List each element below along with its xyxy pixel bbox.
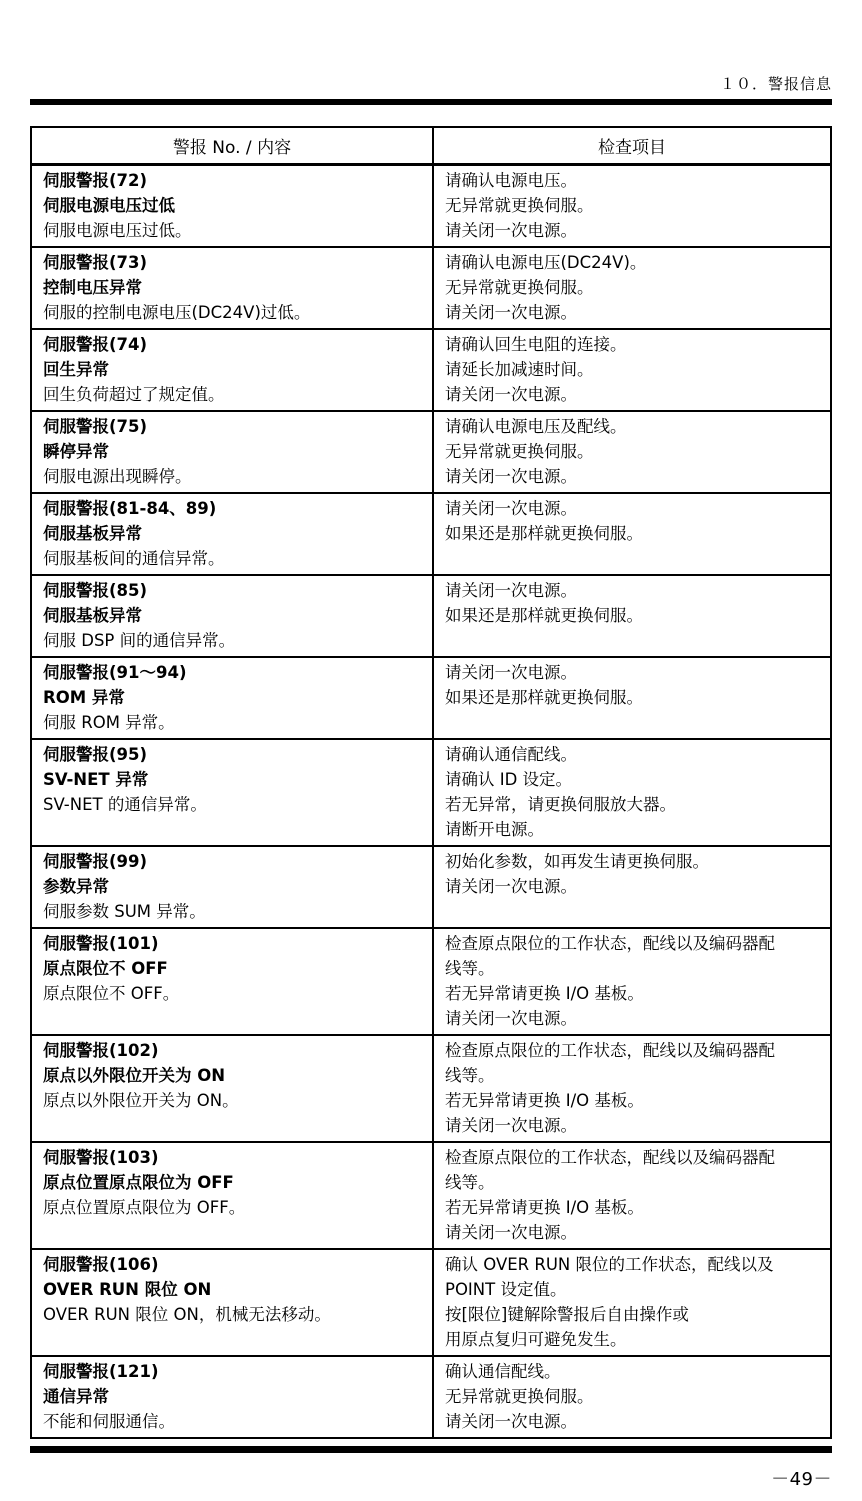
footer-rule bbox=[30, 1446, 832, 1453]
alarm-number: 伺服警报(73) bbox=[43, 250, 422, 275]
table-row: 伺服警报(73)控制电压异常伺服的控制电源电压(DC24V)过低。 请确认电源电… bbox=[31, 247, 831, 329]
alarm-cell: 伺服警报(85)伺服基板异常伺服 DSP 间的通信异常。 bbox=[31, 575, 433, 657]
alarm-description: 原点位置原点限位为 OFF。 bbox=[43, 1195, 422, 1220]
check-item: 请关闭一次电源。 bbox=[445, 218, 820, 243]
alarm-description: 伺服基板间的通信异常。 bbox=[43, 546, 422, 571]
alarm-number: 伺服警报(75) bbox=[43, 414, 422, 439]
table-row: 伺服警报(99)参数异常伺服参数 SUM 异常。 初始化参数，如再发生请更换伺服… bbox=[31, 846, 831, 928]
alarm-description: 伺服参数 SUM 异常。 bbox=[43, 899, 422, 924]
alarm-name: 回生异常 bbox=[43, 357, 422, 382]
table-row: 伺服警报(106)OVER RUN 限位 ONOVER RUN 限位 ON，机械… bbox=[31, 1249, 831, 1356]
alarm-description: 原点限位不 OFF。 bbox=[43, 981, 422, 1006]
alarm-name: 控制电压异常 bbox=[43, 275, 422, 300]
alarm-description: SV-NET 的通信异常。 bbox=[43, 792, 422, 817]
check-item: 请确认回生电阻的连接。 bbox=[445, 332, 820, 357]
check-item: POINT 设定值。 bbox=[445, 1277, 820, 1302]
check-item: 请关闭一次电源。 bbox=[445, 660, 820, 685]
check-item: 请确认通信配线。 bbox=[445, 742, 820, 767]
alarm-table: 警报 No. / 内容 检查项目 伺服警报(72)伺服电源电压过低伺服电源电压过… bbox=[30, 126, 832, 1439]
column-header-alarm-no: 警报 No. / 内容 bbox=[31, 127, 433, 165]
check-cell: 请确认电源电压(DC24V)。无异常就更换伺服。请关闭一次电源。 bbox=[433, 247, 831, 329]
check-cell: 检查原点限位的工作状态，配线以及编码器配线等。若无异常请更换 I/O 基板。请关… bbox=[433, 1035, 831, 1142]
alarm-table-body: 伺服警报(72)伺服电源电压过低伺服电源电压过低。 请确认电源电压。无异常就更换… bbox=[31, 165, 831, 1439]
alarm-name: 原点限位不 OFF bbox=[43, 956, 422, 981]
check-item: 初始化参数，如再发生请更换伺服。 bbox=[445, 849, 820, 874]
table-row: 伺服警报(75)瞬停异常伺服电源出现瞬停。 请确认电源电压及配线。无异常就更换伺… bbox=[31, 411, 831, 493]
check-cell: 请确认通信配线。请确认 ID 设定。若无异常，请更换伺服放大器。请断开电源。 bbox=[433, 739, 831, 846]
check-item: 线等。 bbox=[445, 956, 820, 981]
alarm-description: 不能和伺服通信。 bbox=[43, 1409, 422, 1434]
alarm-name: 参数异常 bbox=[43, 874, 422, 899]
check-item: 若无异常请更换 I/O 基板。 bbox=[445, 1195, 820, 1220]
check-item: 线等。 bbox=[445, 1063, 820, 1088]
alarm-description: 伺服的控制电源电压(DC24V)过低。 bbox=[43, 300, 422, 325]
check-item: 如果还是那样就更换伺服。 bbox=[445, 685, 820, 710]
check-item: 用原点复归可避免发生。 bbox=[445, 1327, 820, 1352]
alarm-number: 伺服警报(74) bbox=[43, 332, 422, 357]
alarm-name: 原点以外限位开关为 ON bbox=[43, 1063, 422, 1088]
alarm-description: 回生负荷超过了规定值。 bbox=[43, 382, 422, 407]
check-item: 请确认电源电压(DC24V)。 bbox=[445, 250, 820, 275]
alarm-name: 原点位置原点限位为 OFF bbox=[43, 1170, 422, 1195]
alarm-number: 伺服警报(95) bbox=[43, 742, 422, 767]
alarm-name: 伺服电源电压过低 bbox=[43, 193, 422, 218]
alarm-cell: 伺服警报(106)OVER RUN 限位 ONOVER RUN 限位 ON，机械… bbox=[31, 1249, 433, 1356]
page-number: －49－ bbox=[771, 1469, 832, 1490]
table-row: 伺服警报(74)回生异常回生负荷超过了规定值。 请确认回生电阻的连接。请延长加减… bbox=[31, 329, 831, 411]
check-item: 请关闭一次电源。 bbox=[445, 1220, 820, 1245]
alarm-cell: 伺服警报(75)瞬停异常伺服电源出现瞬停。 bbox=[31, 411, 433, 493]
alarm-description: 原点以外限位开关为 ON。 bbox=[43, 1088, 422, 1113]
alarm-cell: 伺服警报(73)控制电压异常伺服的控制电源电压(DC24V)过低。 bbox=[31, 247, 433, 329]
alarm-name: SV-NET 异常 bbox=[43, 767, 422, 792]
alarm-number: 伺服警报(103) bbox=[43, 1145, 422, 1170]
alarm-description: 伺服电源出现瞬停。 bbox=[43, 464, 422, 489]
check-item: 请延长加减速时间。 bbox=[445, 357, 820, 382]
page-header: １０．警报信息 bbox=[30, 0, 832, 94]
check-cell: 检查原点限位的工作状态，配线以及编码器配线等。若无异常请更换 I/O 基板。请关… bbox=[433, 1142, 831, 1249]
alarm-cell: 伺服警报(95)SV-NET 异常SV-NET 的通信异常。 bbox=[31, 739, 433, 846]
alarm-description: OVER RUN 限位 ON，机械无法移动。 bbox=[43, 1302, 422, 1327]
table-row: 伺服警报(91～94)ROM 异常伺服 ROM 异常。 请关闭一次电源。如果还是… bbox=[31, 657, 831, 739]
alarm-description: 伺服 ROM 异常。 bbox=[43, 710, 422, 735]
alarm-cell: 伺服警报(99)参数异常伺服参数 SUM 异常。 bbox=[31, 846, 433, 928]
alarm-number: 伺服警报(121) bbox=[43, 1359, 422, 1384]
table-row: 伺服警报(121)通信异常不能和伺服通信。 确认通信配线。无异常就更换伺服。请关… bbox=[31, 1356, 831, 1438]
table-row: 伺服警报(72)伺服电源电压过低伺服电源电压过低。 请确认电源电压。无异常就更换… bbox=[31, 165, 831, 248]
alarm-cell: 伺服警报(91～94)ROM 异常伺服 ROM 异常。 bbox=[31, 657, 433, 739]
column-header-check-items: 检查项目 bbox=[433, 127, 831, 165]
check-item bbox=[445, 628, 820, 653]
table-row: 伺服警报(101)原点限位不 OFF原点限位不 OFF。 检查原点限位的工作状态… bbox=[31, 928, 831, 1035]
check-item: 请关闭一次电源。 bbox=[445, 464, 820, 489]
check-item: 无异常就更换伺服。 bbox=[445, 275, 820, 300]
table-row: 伺服警报(81-84、89)伺服基板异常伺服基板间的通信异常。 请关闭一次电源。… bbox=[31, 493, 831, 575]
check-item: 请关闭一次电源。 bbox=[445, 300, 820, 325]
check-cell: 请关闭一次电源。如果还是那样就更换伺服。 bbox=[433, 493, 831, 575]
alarm-table-head: 警报 No. / 内容 检查项目 bbox=[31, 127, 831, 165]
alarm-cell: 伺服警报(74)回生异常回生负荷超过了规定值。 bbox=[31, 329, 433, 411]
check-item: 请关闭一次电源。 bbox=[445, 1006, 820, 1031]
check-item: 请断开电源。 bbox=[445, 817, 820, 842]
chapter-title: １０．警报信息 bbox=[720, 75, 832, 93]
check-cell: 检查原点限位的工作状态，配线以及编码器配线等。若无异常请更换 I/O 基板。请关… bbox=[433, 928, 831, 1035]
alarm-name: 伺服基板异常 bbox=[43, 603, 422, 628]
table-row: 伺服警报(95)SV-NET 异常SV-NET 的通信异常。 请确认通信配线。请… bbox=[31, 739, 831, 846]
check-cell: 请关闭一次电源。如果还是那样就更换伺服。 bbox=[433, 657, 831, 739]
alarm-cell: 伺服警报(81-84、89)伺服基板异常伺服基板间的通信异常。 bbox=[31, 493, 433, 575]
alarm-number: 伺服警报(106) bbox=[43, 1252, 422, 1277]
check-item: 请关闭一次电源。 bbox=[445, 1409, 820, 1434]
check-item: 若无异常请更换 I/O 基板。 bbox=[445, 981, 820, 1006]
header-row: 警报 No. / 内容 检查项目 bbox=[31, 127, 831, 165]
alarm-name: 瞬停异常 bbox=[43, 439, 422, 464]
table-row: 伺服警报(102)原点以外限位开关为 ON原点以外限位开关为 ON。 检查原点限… bbox=[31, 1035, 831, 1142]
alarm-cell: 伺服警报(101)原点限位不 OFF原点限位不 OFF。 bbox=[31, 928, 433, 1035]
check-item: 请关闭一次电源。 bbox=[445, 1113, 820, 1138]
alarm-name: ROM 异常 bbox=[43, 685, 422, 710]
alarm-description: 伺服电源电压过低。 bbox=[43, 218, 422, 243]
alarm-number: 伺服警报(81-84、89) bbox=[43, 496, 422, 521]
check-item: 请确认电源电压。 bbox=[445, 168, 820, 193]
check-item: 检查原点限位的工作状态，配线以及编码器配 bbox=[445, 1038, 820, 1063]
check-item: 无异常就更换伺服。 bbox=[445, 439, 820, 464]
alarm-number: 伺服警报(99) bbox=[43, 849, 422, 874]
check-cell: 请确认电源电压。无异常就更换伺服。请关闭一次电源。 bbox=[433, 165, 831, 248]
check-cell: 确认通信配线。无异常就更换伺服。请关闭一次电源。 bbox=[433, 1356, 831, 1438]
check-item: 请确认电源电压及配线。 bbox=[445, 414, 820, 439]
check-item: 检查原点限位的工作状态，配线以及编码器配 bbox=[445, 931, 820, 956]
alarm-name: 通信异常 bbox=[43, 1384, 422, 1409]
check-item: 若无异常请更换 I/O 基板。 bbox=[445, 1088, 820, 1113]
alarm-number: 伺服警报(102) bbox=[43, 1038, 422, 1063]
check-item bbox=[445, 546, 820, 571]
check-item: 请关闭一次电源。 bbox=[445, 578, 820, 603]
check-item: 检查原点限位的工作状态，配线以及编码器配 bbox=[445, 1145, 820, 1170]
alarm-cell: 伺服警报(72)伺服电源电压过低伺服电源电压过低。 bbox=[31, 165, 433, 248]
check-item: 线等。 bbox=[445, 1170, 820, 1195]
check-item bbox=[445, 710, 820, 735]
check-cell: 初始化参数，如再发生请更换伺服。请关闭一次电源。 bbox=[433, 846, 831, 928]
check-item: 确认通信配线。 bbox=[445, 1359, 820, 1384]
table-row: 伺服警报(85)伺服基板异常伺服 DSP 间的通信异常。 请关闭一次电源。如果还… bbox=[31, 575, 831, 657]
alarm-number: 伺服警报(91～94) bbox=[43, 660, 422, 685]
alarm-number: 伺服警报(85) bbox=[43, 578, 422, 603]
check-item: 请关闭一次电源。 bbox=[445, 874, 820, 899]
header-rule bbox=[30, 99, 832, 105]
check-item: 无异常就更换伺服。 bbox=[445, 193, 820, 218]
check-item: 如果还是那样就更换伺服。 bbox=[445, 521, 820, 546]
check-item: 请关闭一次电源。 bbox=[445, 496, 820, 521]
alarm-name: 伺服基板异常 bbox=[43, 521, 422, 546]
check-cell: 确认 OVER RUN 限位的工作状态，配线以及POINT 设定值。按[限位]键… bbox=[433, 1249, 831, 1356]
alarm-name: OVER RUN 限位 ON bbox=[43, 1277, 422, 1302]
document-page: １０．警报信息 警报 No. / 内容 检查项目 伺服警报(72)伺服电源电压过… bbox=[0, 0, 862, 1501]
alarm-number: 伺服警报(101) bbox=[43, 931, 422, 956]
table-row: 伺服警报(103)原点位置原点限位为 OFF原点位置原点限位为 OFF。 检查原… bbox=[31, 1142, 831, 1249]
check-item: 无异常就更换伺服。 bbox=[445, 1384, 820, 1409]
check-item: 若无异常，请更换伺服放大器。 bbox=[445, 792, 820, 817]
alarm-cell: 伺服警报(121)通信异常不能和伺服通信。 bbox=[31, 1356, 433, 1438]
check-cell: 请关闭一次电源。如果还是那样就更换伺服。 bbox=[433, 575, 831, 657]
alarm-description: 伺服 DSP 间的通信异常。 bbox=[43, 628, 422, 653]
check-item bbox=[445, 899, 820, 924]
page-footer: －49－ bbox=[30, 1446, 832, 1501]
alarm-number: 伺服警报(72) bbox=[43, 168, 422, 193]
check-item: 请确认 ID 设定。 bbox=[445, 767, 820, 792]
alarm-cell: 伺服警报(103)原点位置原点限位为 OFF原点位置原点限位为 OFF。 bbox=[31, 1142, 433, 1249]
alarm-cell: 伺服警报(102)原点以外限位开关为 ON原点以外限位开关为 ON。 bbox=[31, 1035, 433, 1142]
check-item: 按[限位]键解除警报后自由操作或 bbox=[445, 1302, 820, 1327]
check-item: 确认 OVER RUN 限位的工作状态，配线以及 bbox=[445, 1252, 820, 1277]
check-item: 如果还是那样就更换伺服。 bbox=[445, 603, 820, 628]
check-item: 请关闭一次电源。 bbox=[445, 382, 820, 407]
check-cell: 请确认回生电阻的连接。请延长加减速时间。请关闭一次电源。 bbox=[433, 329, 831, 411]
check-cell: 请确认电源电压及配线。无异常就更换伺服。请关闭一次电源。 bbox=[433, 411, 831, 493]
page-number-line: －49－ bbox=[30, 1453, 832, 1501]
